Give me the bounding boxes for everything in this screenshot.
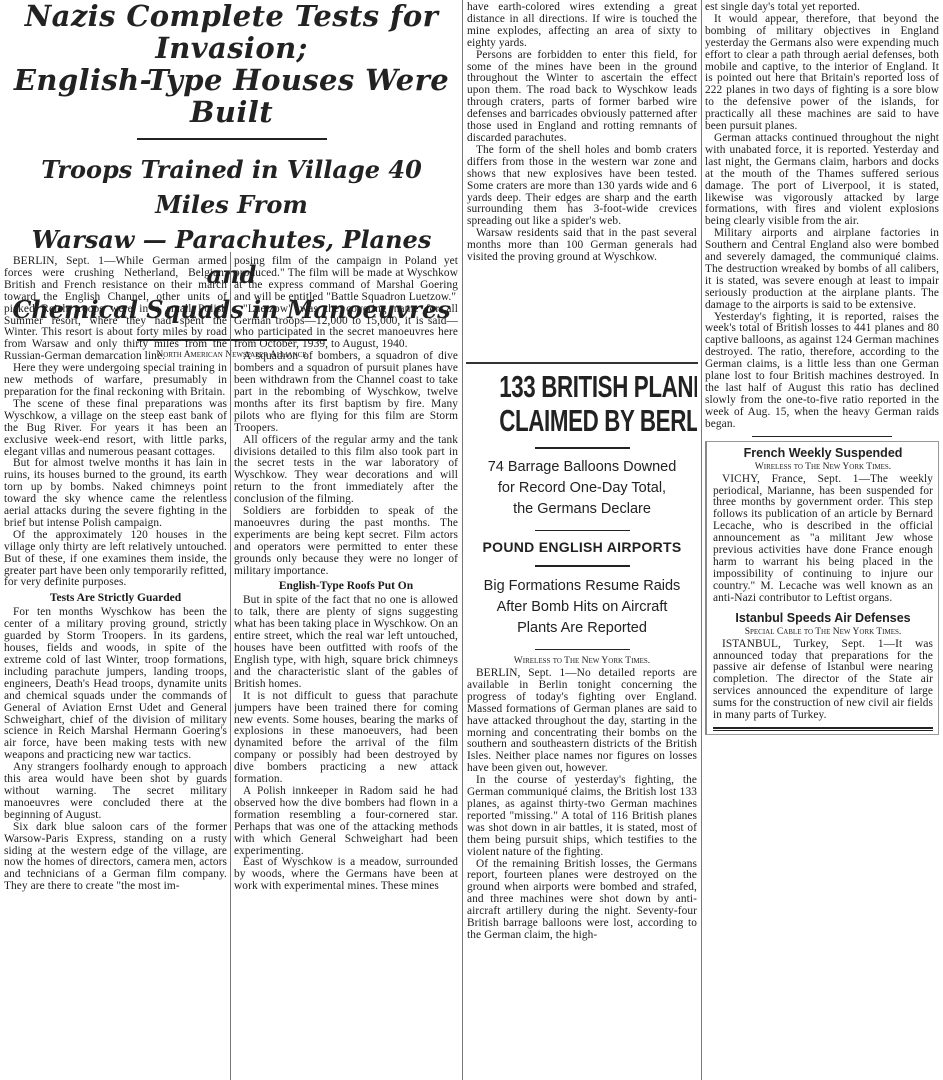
planes-headline-block: 133 BRITISH PLANES CLAIMED BY BERLIN 74 … (467, 370, 697, 942)
headline-line-1: Nazis Complete Tests for Invasion; (4, 0, 459, 64)
french-headline: French Weekly Suspended (713, 446, 933, 460)
planes-deck-airports: POUND ENGLISH AIRPORTS (467, 539, 697, 555)
paragraph: A squadron of bombers, a squadron of div… (234, 351, 458, 434)
paragraph: have earth-colored wires extending a gre… (467, 2, 697, 50)
rule (535, 565, 630, 567)
column-4: est single day's total yet reported. It … (705, 2, 939, 735)
story-divider (466, 362, 698, 364)
column-divider (701, 0, 702, 1080)
paragraph: But for almost twelve months it has lain… (4, 458, 227, 529)
paragraph: All officers of the regular army and the… (234, 435, 458, 506)
paragraph: German attacks continued throughout the … (705, 133, 939, 228)
rule (535, 530, 630, 532)
istanbul-headline: Istanbul Speeds Air Defenses (713, 611, 933, 625)
end-rule (713, 730, 933, 731)
headline-line-2: English-Type Houses Were Built (4, 64, 459, 128)
column-divider (462, 0, 463, 1080)
column-divider (230, 252, 231, 1080)
paragraph: Here they were undergoing special traini… (4, 363, 227, 399)
paragraph: Of the approximately 120 houses in the v… (4, 530, 227, 590)
paragraph: BERLIN, Sept. 1—No detailed reports are … (467, 668, 697, 775)
planes-deck-6: Plants Are Reported (467, 618, 697, 639)
planes-headline-1: 133 BRITISH PLANES (499, 370, 665, 404)
column-2: posing film of the campaign in Poland ye… (234, 256, 458, 893)
headline-rule (137, 138, 327, 140)
rule (752, 436, 892, 437)
planes-headline-2: CLAIMED BY BERLIN (499, 404, 665, 438)
paragraph: It would appear, therefore, that beyond … (705, 14, 939, 133)
deck-line-1: Troops Trained in Village 40 Miles From (4, 152, 459, 222)
paragraph: For ten months Wyschkow has been the cen… (4, 607, 227, 762)
planes-credit: Wireless to The New York Times. (467, 656, 697, 666)
paragraph: A Polish innkeeper in Radom said he had … (234, 786, 458, 857)
paragraph: Soldiers are forbidden to speak of the m… (234, 506, 458, 577)
paragraph: VICHY, France, Sept. 1—The weekly period… (713, 474, 933, 605)
column-1: BERLIN, Sept. 1—While German armed force… (4, 256, 227, 893)
paragraph: Warsaw residents said that in the past s… (467, 228, 697, 264)
subhead-tests-guarded: Tests Are Strictly Guarded (4, 592, 227, 604)
planes-deck-1: 74 Barrage Balloons Downed (467, 457, 697, 478)
planes-deck-4: Big Formations Resume Raids (467, 576, 697, 597)
paragraph: ISTANBUL, Turkey, Sept. 1—It was announc… (713, 639, 933, 722)
paragraph: Persons are forbidden to enter this fiel… (467, 50, 697, 145)
paragraph: posing film of the campaign in Poland ye… (234, 256, 458, 304)
paragraph: It is not difficult to guess that parach… (234, 691, 458, 786)
istanbul-credit: Special Cable to The New York Times. (713, 627, 933, 637)
paragraph: The scene of these final preparations wa… (4, 399, 227, 459)
paragraph: Any strangers foolhardy enough to approa… (4, 762, 227, 822)
paragraph: The form of the shell holes and bomb cra… (467, 145, 697, 228)
rule (535, 447, 630, 449)
paragraph: BERLIN, Sept. 1—While German armed force… (4, 256, 227, 363)
french-credit: Wireless to The New York Times. (713, 462, 933, 472)
paragraph: Yesterday's fighting, it is reported, ra… (705, 312, 939, 431)
paragraph: East of Wyschkow is a meadow, surrounded… (234, 857, 458, 893)
planes-deck-5: After Bomb Hits on Aircraft (467, 597, 697, 618)
paragraph: But in spite of the fact that no one is … (234, 595, 458, 690)
column-3: have earth-colored wires extending a gre… (467, 2, 697, 264)
subhead-english-roofs: English-Type Roofs Put On (234, 580, 458, 592)
paragraph: Of the remaining British losses, the Ger… (467, 859, 697, 942)
paragraph: In the course of yesterday's fighting, t… (467, 775, 697, 858)
paragraph: Military airports and airplane factories… (705, 228, 939, 311)
planes-deck-3: the Germans Declare (467, 499, 697, 520)
french-weekly-story: French Weekly Suspended Wireless to The … (705, 441, 939, 735)
rule (535, 649, 630, 651)
end-rule (713, 727, 933, 729)
paragraph: "Luetzow" was the covering name for all … (234, 304, 458, 352)
paragraph: Six dark blue saloon cars of the former … (4, 822, 227, 893)
planes-deck-2: for Record One-Day Total, (467, 478, 697, 499)
